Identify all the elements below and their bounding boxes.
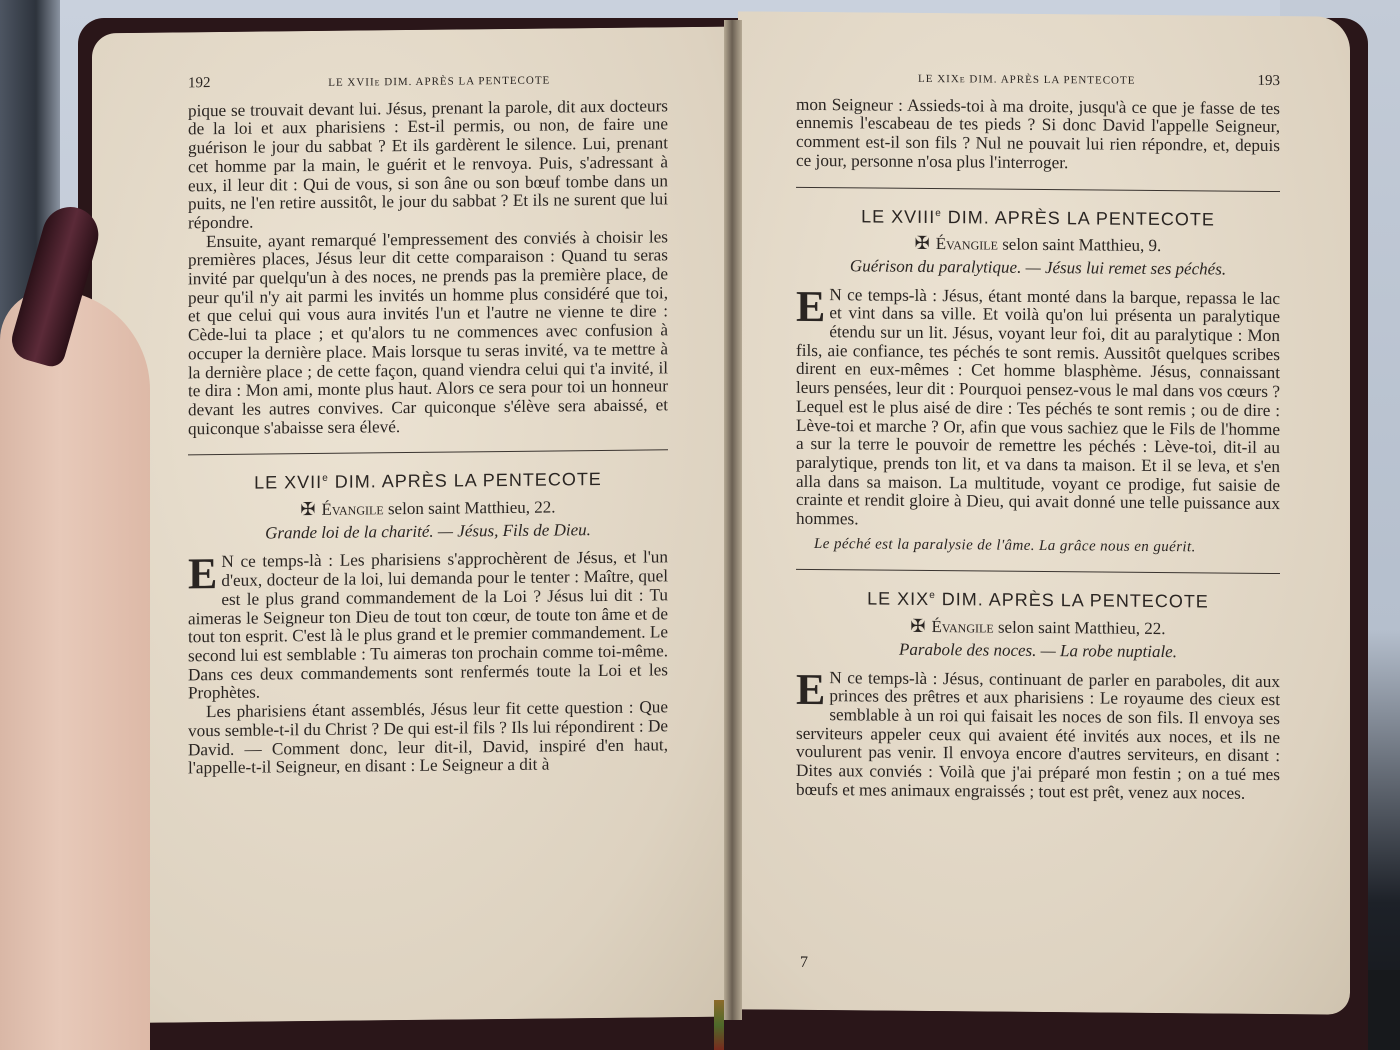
drop-cap: E <box>188 555 217 593</box>
section-subtitle: Parabole des noces. — La robe nuptiale. <box>796 640 1280 663</box>
paragraph: pique se trouvait devant lui. Jésus, pre… <box>188 97 668 233</box>
gospel-reference: ✠Évangile selon saint Matthieu, 22. <box>796 616 1280 640</box>
cross-icon: ✠ <box>910 616 925 636</box>
book-spine-gutter <box>724 20 742 1020</box>
drop-cap: E <box>796 287 825 325</box>
gospel-reference: ✠Évangile selon saint Matthieu, 9. <box>796 233 1280 257</box>
running-head-title: LE XVIIe DIM. APRÈS LA PENTECOTE <box>211 70 669 93</box>
drop-cap: E <box>796 670 825 708</box>
page-number: 193 <box>1258 72 1281 91</box>
section-divider <box>188 450 668 456</box>
moral-note: Le péché est la paralysie de l'âme. La g… <box>796 535 1280 558</box>
bookmark-ribbon <box>714 1000 724 1050</box>
paragraph: EN ce temps-là : Les pharisiens s'approc… <box>188 549 668 704</box>
running-head-right: LE XIXe DIM. APRÈS LA PENTECOTE 193 <box>796 68 1280 92</box>
hand <box>0 290 150 1050</box>
running-head-title: LE XIXe DIM. APRÈS LA PENTECOTE <box>796 69 1258 92</box>
paragraph: EN ce temps-là : Jésus, étant monté dans… <box>796 285 1280 532</box>
section-title: LE XVIIe DIM. APRÈS LA PENTECOTE <box>188 467 668 494</box>
section-title: LE XVIIIe DIM. APRÈS LA PENTECOTE <box>796 203 1280 229</box>
section-divider <box>796 569 1280 574</box>
right-page-text: LE XIXe DIM. APRÈS LA PENTECOTE 193 mon … <box>796 68 1280 804</box>
paragraph: Ensuite, ayant remarqué l'empressement d… <box>188 228 668 439</box>
paragraph: EN ce temps-là : Jésus, continuant de pa… <box>796 668 1280 803</box>
paragraph: Les pharisiens étant assemblés, Jésus le… <box>188 698 668 778</box>
cross-icon: ✠ <box>915 233 930 253</box>
left-page-text: 192 LE XVIIe DIM. APRÈS LA PENTECOTE piq… <box>188 69 668 778</box>
section-divider <box>796 186 1280 191</box>
section-subtitle: Grande loi de la charité. — Jésus, Fils … <box>188 520 668 544</box>
page-number: 192 <box>188 74 211 93</box>
section-subtitle: Guérison du paralytique. — Jésus lui rem… <box>796 257 1280 280</box>
right-page: LE XIXe DIM. APRÈS LA PENTECOTE 193 mon … <box>738 11 1350 1014</box>
left-page: 192 LE XVIIe DIM. APRÈS LA PENTECOTE piq… <box>92 27 728 1024</box>
section-title: LE XIXe DIM. APRÈS LA PENTECOTE <box>796 586 1280 612</box>
cross-icon: ✠ <box>300 499 315 519</box>
gospel-reference: ✠Évangile selon saint Matthieu, 22. <box>188 496 668 521</box>
signature-mark: 7 <box>800 954 808 972</box>
paragraph: mon Seigneur : Assieds-toi à ma droite, … <box>796 96 1280 175</box>
running-head-left: 192 LE XVIIe DIM. APRÈS LA PENTECOTE <box>188 69 668 94</box>
